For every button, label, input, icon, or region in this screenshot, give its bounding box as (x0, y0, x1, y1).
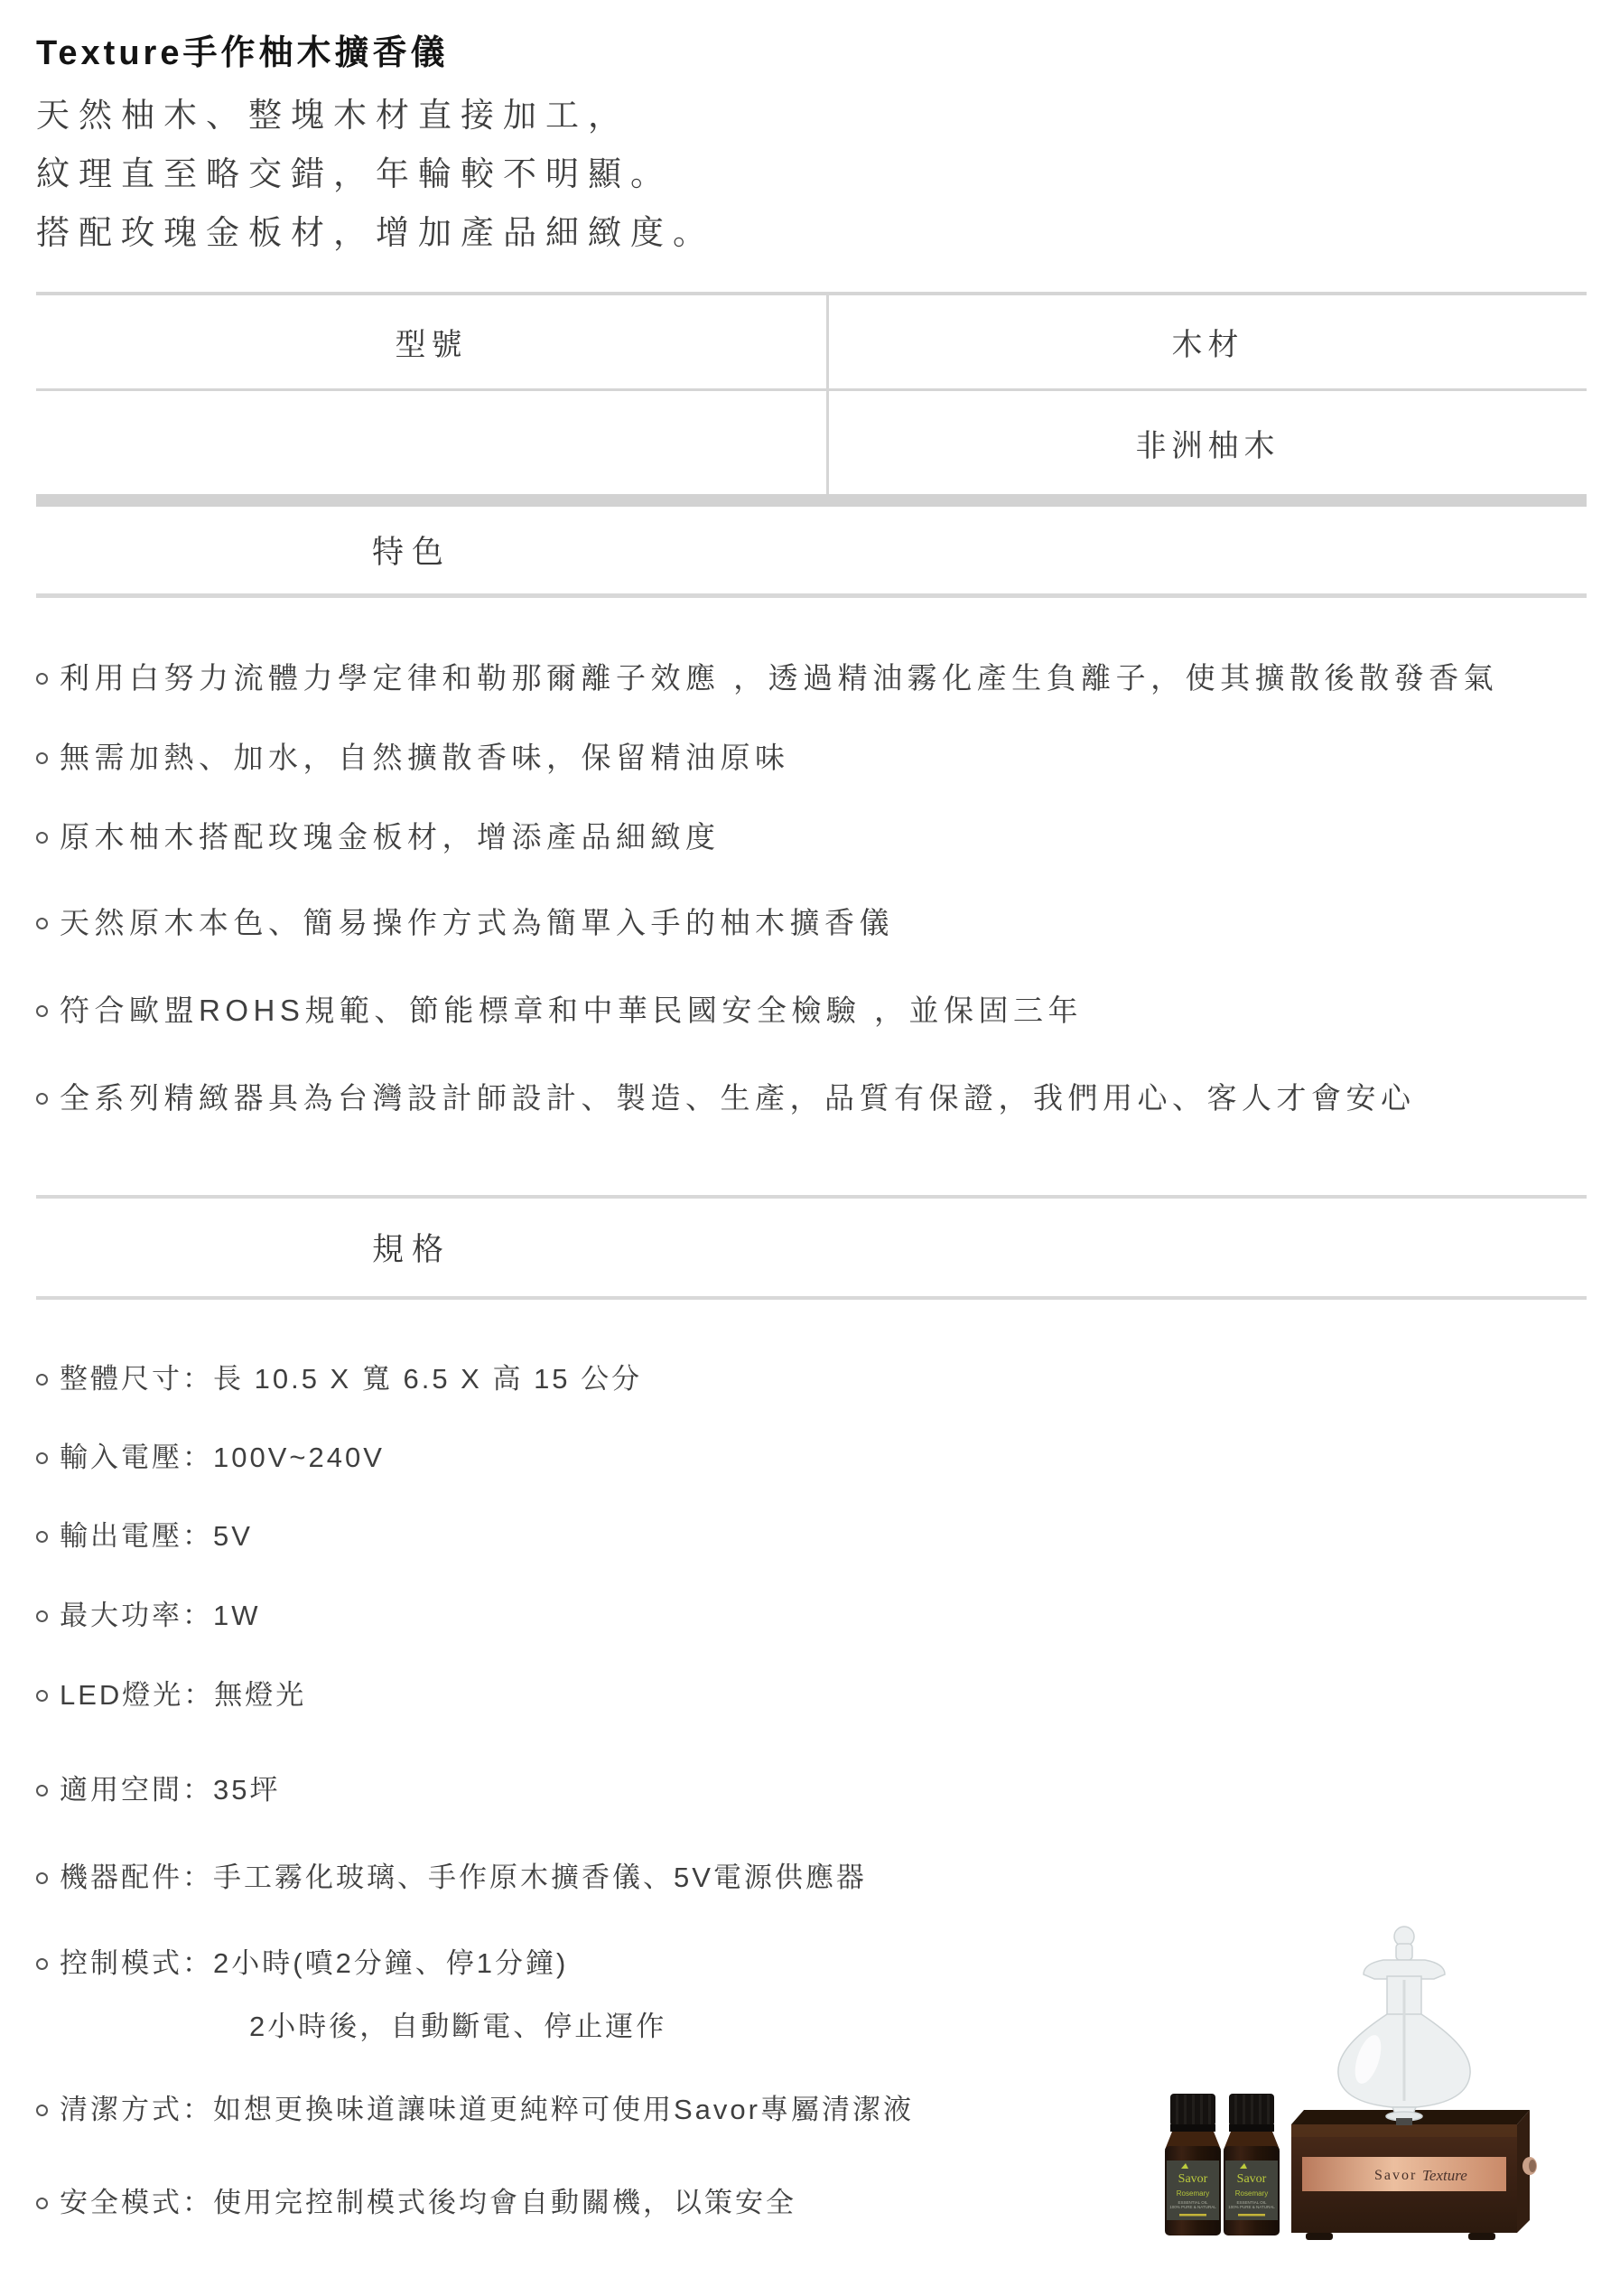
spec-text: 最大功率：1W (60, 1599, 261, 1633)
oil-bottle: Savor Rosemary ESSENTIAL OIL 100% PURE &… (1165, 2094, 1221, 2235)
bullet-icon (36, 2105, 48, 2116)
feature-text: 天然原木本色、簡易操作方式為簡單入手的柚木擴香儀 (60, 906, 894, 940)
wood-value-cell: 非洲柚木 (826, 391, 1587, 494)
bullet-icon (36, 918, 48, 929)
list-item: 天然原木本色、簡易操作方式為簡單入手的柚木擴香儀 (36, 906, 1498, 940)
bullet-icon (36, 1958, 48, 1970)
bullet-icon (36, 2198, 48, 2209)
features-list: 利用白努力流體力學定律和勒那爾離子效應 ，透過精油霧化產生負離子，使其擴散後散發… (36, 661, 1498, 1115)
list-item: 輸入電壓：100V~240V (36, 1441, 914, 1475)
list-item: LED燈光：無燈光 (36, 1678, 914, 1713)
bullet-icon (36, 1005, 48, 1017)
bottle-variant-text: Rosemary (1235, 2189, 1268, 2198)
feature-text: 原木柚木搭配玫瑰金板材，增添產品細緻度 (60, 820, 721, 854)
diffuser-box: Savor Texture (1291, 2110, 1537, 2240)
feature-text: 全系列精緻器具為台灣設計師設計、製造、生產，品質有保證，我們用心、客人才會安心 (60, 1081, 1416, 1115)
model-wood-table: 型號 木材 非洲柚木 特色 (36, 292, 1587, 598)
list-item: 控制模式：2小時(噴2分鐘、停1分鐘) (36, 1946, 914, 1981)
specs-heading-band: 規格 (36, 1195, 1587, 1300)
bullet-icon (36, 1093, 48, 1105)
spec-text: 2小時後，自動斷電、停止運作 (249, 2010, 666, 2044)
bullet-icon (36, 1374, 48, 1386)
spec-text: 機器配件：手工霧化玻璃、手作原木擴香儀、5V電源供應器 (60, 1861, 867, 1895)
list-item: 無需加熱、加水，自然擴散香味，保留精油原味 (36, 741, 1498, 775)
intro-line: 天然柚木、整塊木材直接加工， (36, 98, 715, 134)
list-item-continuation: 2小時後，自動斷電、停止運作 (249, 2010, 914, 2044)
spec-text: 整體尺寸：長 10.5 X 寬 6.5 X 高 15 公分 (60, 1362, 642, 1396)
wood-header-cell: 木材 (826, 295, 1587, 388)
bullet-icon (36, 832, 48, 844)
bullet-icon (36, 1690, 48, 1702)
spec-text: LED燈光：無燈光 (60, 1678, 306, 1713)
intro-paragraph: 天然柚木、整塊木材直接加工， 紋理直至略交錯，年輪較不明顯。 搭配玫瑰金板材，增… (36, 98, 715, 274)
table-value-row: 非洲柚木 (36, 391, 1587, 507)
table-header-row: 型號 木材 (36, 295, 1587, 391)
list-item: 全系列精緻器具為台灣設計師設計、製造、生產，品質有保證，我們用心、客人才會安心 (36, 1081, 1498, 1115)
bottle-brand-text: Savor (1178, 2172, 1208, 2186)
list-item: 符合歐盟ROHS規範、節能標章和中華民國安全檢驗 ，並保固三年 (36, 994, 1498, 1028)
bottle-small-text: 100% PURE & NATURAL (1228, 2205, 1275, 2209)
intro-line: 紋理直至略交錯，年輪較不明顯。 (36, 156, 715, 192)
model-header-cell: 型號 (36, 320, 826, 364)
plate-brand-text: Savor (1374, 2168, 1417, 2183)
intro-line: 搭配玫瑰金板材，增加產品細緻度。 (36, 215, 715, 251)
product-description-page: Texture手作柚木擴香儀 天然柚木、整塊木材直接加工， 紋理直至略交錯，年輪… (0, 0, 1620, 2296)
spec-text: 控制模式：2小時(噴2分鐘、停1分鐘) (60, 1946, 568, 1981)
spec-text: 安全模式：使用完控制模式後均會自動關機，以策安全 (60, 2186, 796, 2220)
oil-bottle: Savor Rosemary ESSENTIAL OIL 100% PURE &… (1224, 2094, 1280, 2235)
bullet-icon (36, 673, 48, 685)
features-heading: 特色 (36, 527, 452, 573)
bullet-icon (36, 1785, 48, 1797)
bullet-icon (36, 1872, 48, 1884)
feature-text: 無需加熱、加水，自然擴散香味，保留精油原味 (60, 741, 790, 775)
feature-text: 符合歐盟ROHS規範、節能標章和中華民國安全檢驗 ，並保固三年 (60, 994, 1083, 1028)
list-item: 原木柚木搭配玫瑰金板材，增添產品細緻度 (36, 820, 1498, 854)
list-item: 適用空間：35坪 (36, 1773, 914, 1807)
feature-text: 利用白努力流體力學定律和勒那爾離子效應 ，透過精油霧化產生負離子，使其擴散後散發… (60, 661, 1498, 695)
specs-heading: 規格 (36, 1225, 452, 1270)
spec-text: 輸入電壓：100V~240V (60, 1441, 385, 1475)
plate-series-text: Texture (1422, 2167, 1467, 2184)
spec-text: 清潔方式：如想更換味道讓味道更純粹可使用Savor專屬清潔液 (60, 2093, 914, 2127)
list-item: 機器配件：手工霧化玻璃、手作原木擴香儀、5V電源供應器 (36, 1861, 914, 1895)
bottle-small-text: 100% PURE & NATURAL (1169, 2205, 1216, 2209)
bottle-brand-text: Savor (1237, 2172, 1267, 2186)
product-photo: Savor Texture (1147, 1924, 1620, 2296)
bottle-variant-text: Rosemary (1177, 2189, 1209, 2198)
page-title: Texture手作柚木擴香儀 (36, 34, 448, 72)
spec-text: 輸出電壓：5V (60, 1519, 253, 1554)
specs-list: 整體尺寸：長 10.5 X 寬 6.5 X 高 15 公分 輸入電壓：100V~… (36, 1362, 914, 2220)
list-item: 最大功率：1W (36, 1599, 914, 1633)
glass-atomizer (1338, 1927, 1470, 2125)
spec-text: 適用空間：35坪 (60, 1773, 280, 1807)
bullet-icon (36, 1531, 48, 1543)
bullet-icon (36, 1452, 48, 1464)
bullet-icon (36, 1610, 48, 1622)
list-item: 清潔方式：如想更換味道讓味道更純粹可使用Savor專屬清潔液 (36, 2093, 914, 2127)
list-item: 利用白努力流體力學定律和勒那爾離子效應 ，透過精油霧化產生負離子，使其擴散後散發… (36, 661, 1498, 695)
list-item: 整體尺寸：長 10.5 X 寬 6.5 X 高 15 公分 (36, 1362, 914, 1396)
bullet-icon (36, 752, 48, 764)
list-item: 輸出電壓：5V (36, 1519, 914, 1554)
list-item: 安全模式：使用完控制模式後均會自動關機，以策安全 (36, 2186, 914, 2220)
features-heading-row: 特色 (36, 507, 1587, 598)
